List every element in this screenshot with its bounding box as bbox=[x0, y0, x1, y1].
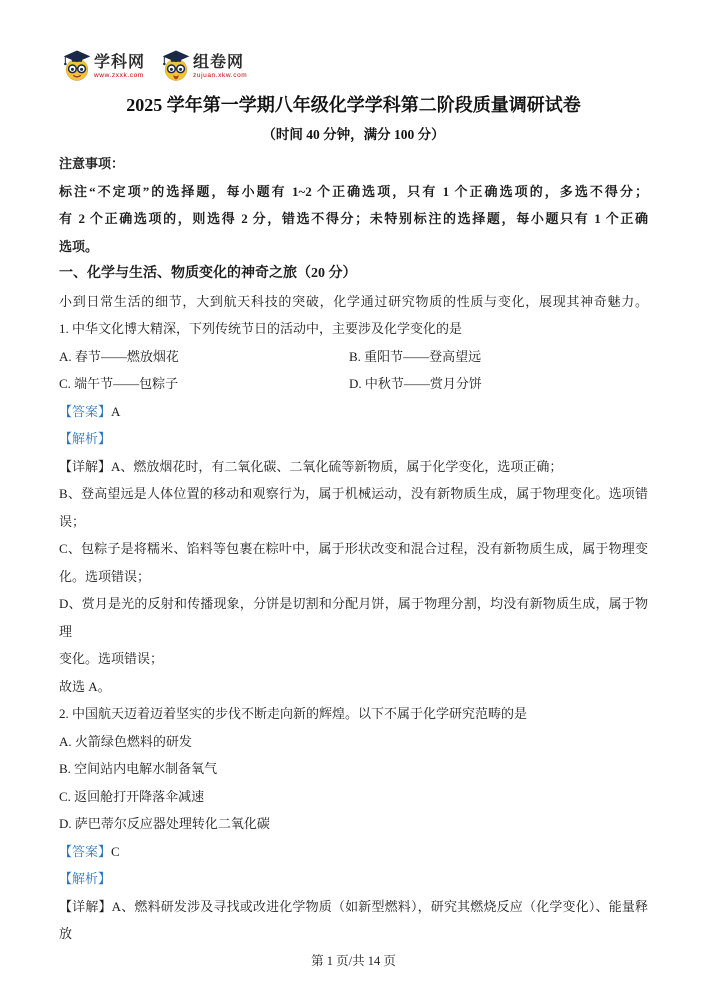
page-title: 2025 学年第一学期八年级化学学科第二阶段质量调研试卷 bbox=[59, 92, 648, 118]
q2-option-a: A. 火箭绿色燃料的研发 bbox=[59, 728, 648, 756]
q2-option-d: D. 萨巴蒂尔反应器处理转化二氧化碳 bbox=[59, 810, 648, 838]
exam-paper-page: 学科网 www.zxxk.com bbox=[0, 0, 707, 999]
notice-heading: 注意事项： bbox=[59, 150, 648, 178]
q1-option-c: C. 端午节——包粽子 bbox=[59, 370, 349, 398]
q2-answer-line: 【答案】C bbox=[59, 838, 648, 866]
q1-detail-line: 误； bbox=[59, 508, 648, 536]
zxxk-logo: 学科网 www.zxxk.com bbox=[62, 48, 145, 82]
zxxk-logo-text: 学科网 www.zxxk.com bbox=[94, 48, 145, 80]
notice-line: 选项。 bbox=[59, 233, 648, 261]
q1-option-d: D. 中秋节——赏月分饼 bbox=[349, 370, 648, 398]
zxxk-logo-name: 学科网 bbox=[94, 53, 145, 72]
q2-option-b: B. 空间站内电解水制备氧气 bbox=[59, 755, 648, 783]
question-stem-q1: 1. 中华文化博大精深，下列传统节日的活动中，主要涉及化学变化的是 bbox=[59, 315, 648, 343]
owl-mascot-icon bbox=[161, 48, 191, 82]
q1-detail-line: 【详解】A、燃放烟花时，有二氧化碳、二氧化硫等新物质，属于化学变化，选项正确； bbox=[59, 453, 648, 481]
q1-detail-line: D、赏月是光的反射和传播现象，分饼是切割和分配月饼，属于物理分割，均没有新物质生… bbox=[59, 590, 648, 645]
q2-analysis-line: 【解析】 bbox=[59, 865, 648, 893]
zujuan-logo: 组卷网 zujuan.xkw.com bbox=[161, 48, 247, 82]
document-body: 注意事项： 标注“不定项”的选择题，每小题有 1~2 个正确选项，只有 1 个正… bbox=[59, 150, 648, 948]
footer-page-number: 第 1 页/共 14 页 bbox=[59, 948, 648, 976]
q1-analysis-line: 【解析】 bbox=[59, 425, 648, 453]
q1-options-row-ab: A. 春节——燃放烟花 B. 重阳节——登高望远 bbox=[59, 343, 648, 371]
zujuan-logo-text: 组卷网 zujuan.xkw.com bbox=[193, 48, 247, 80]
notice-line: 标注“不定项”的选择题，每小题有 1~2 个正确选项，只有 1 个正确选项的，多… bbox=[59, 178, 648, 206]
q1-detail-line: 化。选项错误； bbox=[59, 563, 648, 591]
answer-value: A bbox=[111, 404, 120, 419]
answer-label: 【答案】 bbox=[59, 844, 111, 859]
q2-detail-line: 【详解】A、燃料研发涉及寻找或改进化学物质（如新型燃料），研究其燃烧反应（化学变… bbox=[59, 893, 648, 948]
q1-detail-line: 故选 A。 bbox=[59, 673, 648, 701]
q1-answer-line: 【答案】A bbox=[59, 398, 648, 426]
q1-option-b: B. 重阳节——登高望远 bbox=[349, 343, 648, 371]
question-stem-q2: 2. 中国航天迈着迈着坚实的步伐不断走向新的辉煌。以下不属于化学研究范畴的是 bbox=[59, 700, 648, 728]
analysis-label: 【解析】 bbox=[59, 871, 111, 886]
notice-line: 有 2 个正确选项的，则选得 2 分，错选不得分；未特别标注的选择题，每小题只有… bbox=[59, 205, 648, 233]
analysis-label: 【解析】 bbox=[59, 431, 111, 446]
zujuan-logo-url: zujuan.xkw.com bbox=[193, 72, 247, 80]
q1-options-row-cd: C. 端午节——包粽子 D. 中秋节——赏月分饼 bbox=[59, 370, 648, 398]
page-subtitle: （时间 40 分钟，满分 100 分） bbox=[59, 124, 648, 146]
zxxk-logo-url: www.zxxk.com bbox=[94, 72, 145, 80]
owl-mascot-icon bbox=[62, 48, 92, 82]
q1-detail-line: C、包粽子是将糯米、馅料等包裹在粽叶中，属于形状改变和混合过程，没有新物质生成，… bbox=[59, 535, 648, 563]
q1-option-a: A. 春节——燃放烟花 bbox=[59, 343, 349, 371]
q2-option-c: C. 返回舱打开降落伞减速 bbox=[59, 783, 648, 811]
answer-value: C bbox=[111, 844, 120, 859]
q1-detail-line: B、登高望远是人体位置的移动和观察行为，属于机械运动，没有新物质生成，属于物理变… bbox=[59, 480, 648, 508]
answer-label: 【答案】 bbox=[59, 404, 111, 419]
section-heading: 一、化学与生活、物质变化的神奇之旅（20 分） bbox=[59, 260, 648, 288]
q1-detail-line: 变化。选项错误； bbox=[59, 645, 648, 673]
zujuan-logo-name: 组卷网 bbox=[193, 53, 247, 72]
section-intro: 小到日常生活的细节，大到航天科技的突破，化学通过研究物质的性质与变化，展现其神奇… bbox=[59, 288, 648, 316]
logo-header: 学科网 www.zxxk.com bbox=[62, 48, 648, 84]
